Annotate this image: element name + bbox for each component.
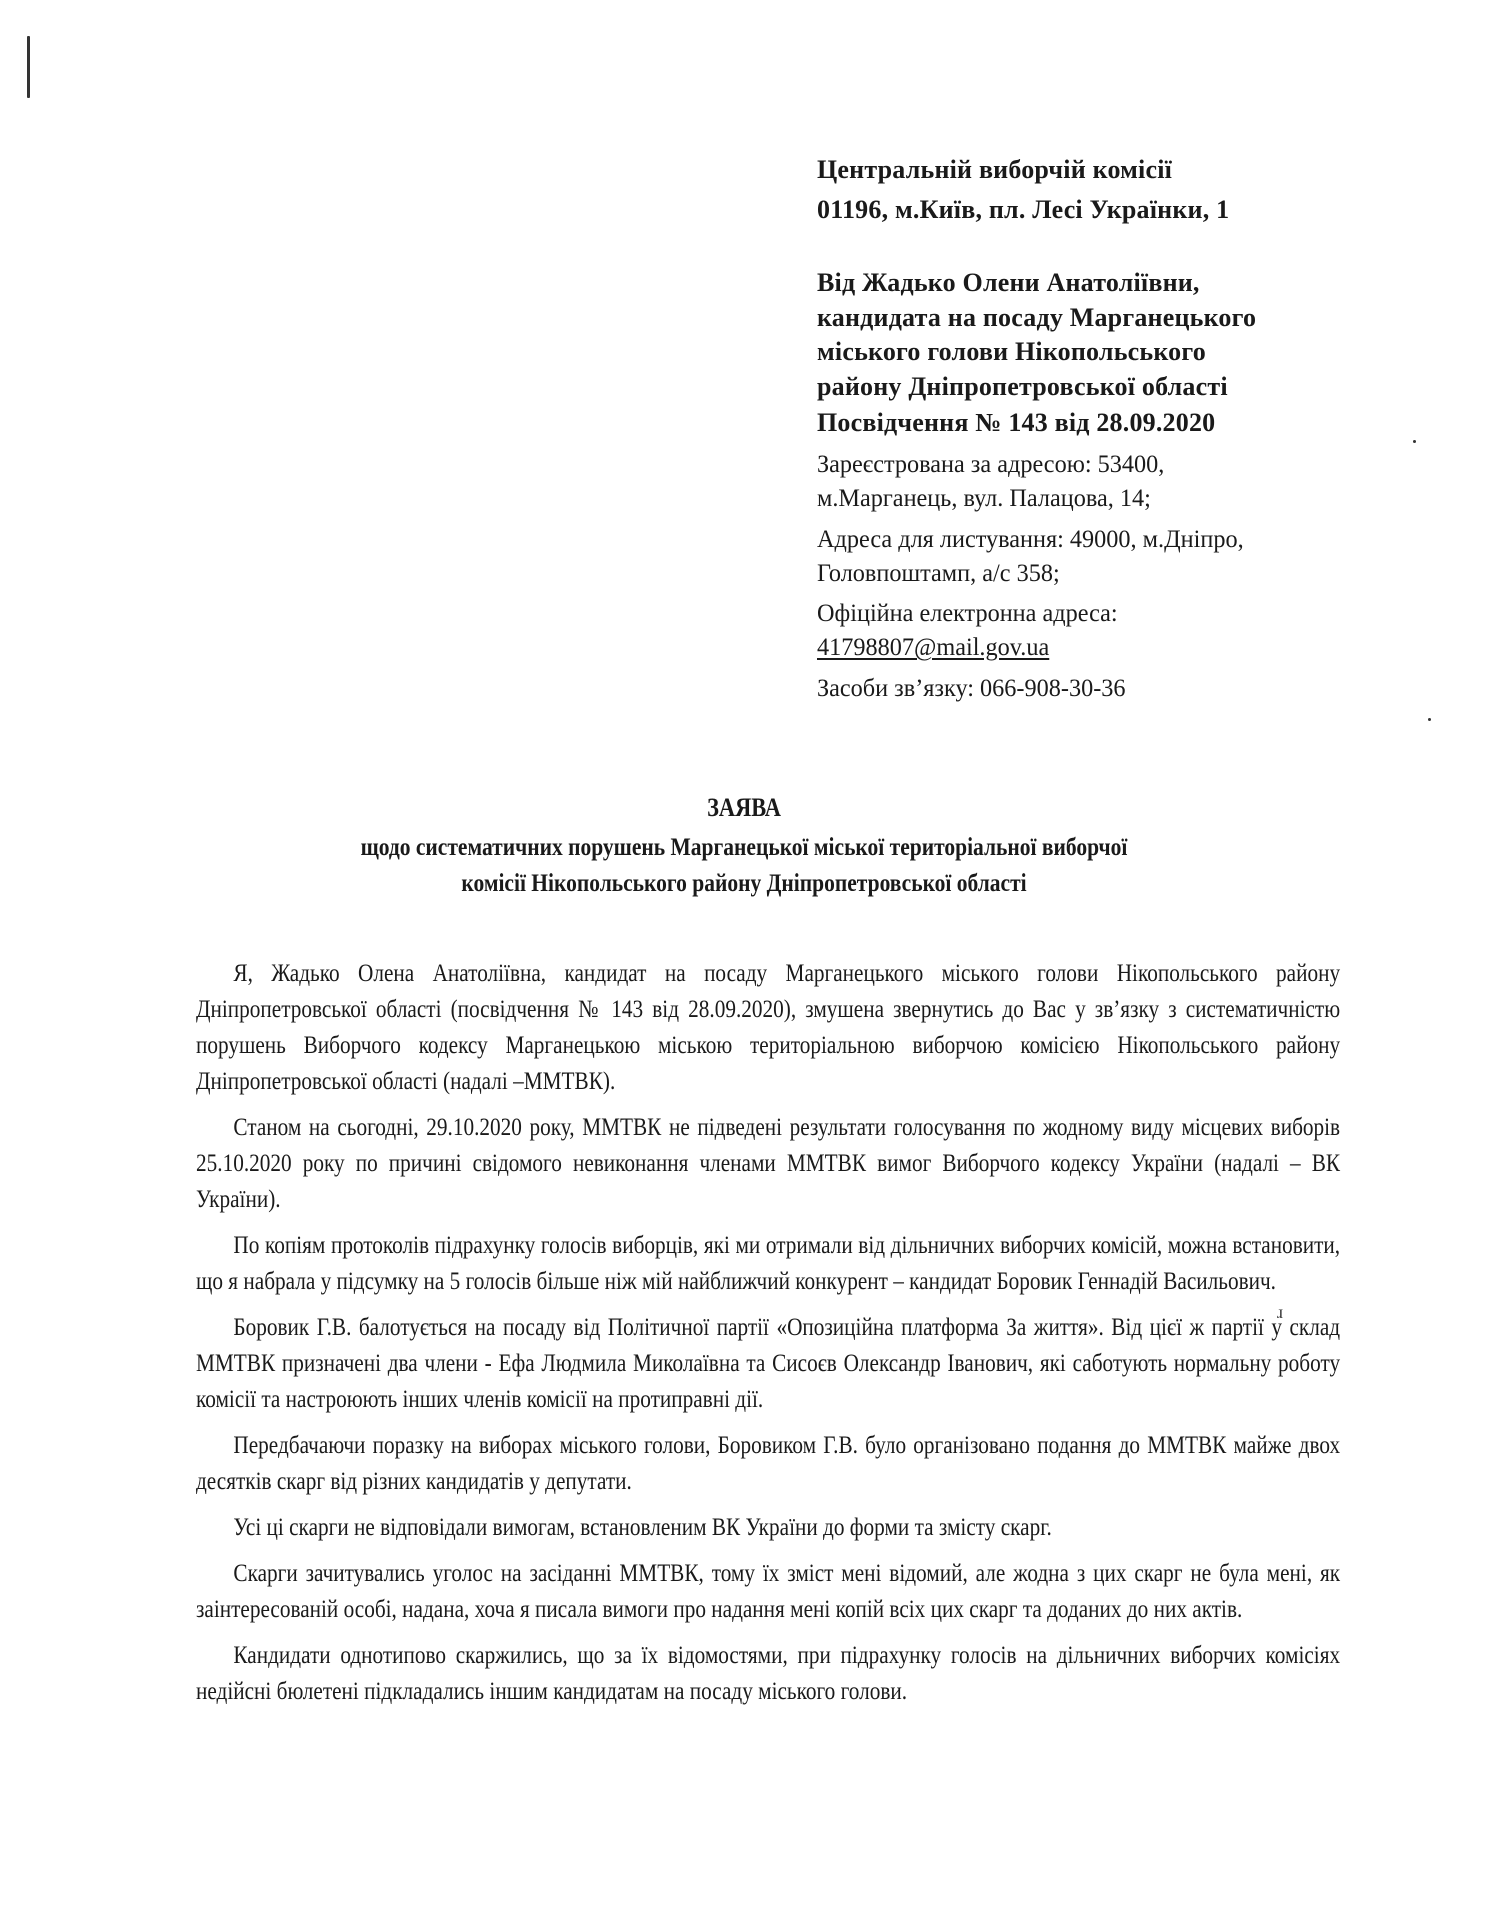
document-subtitle-2: комісії Нікопольського району Дніпропетр… [104, 868, 1384, 900]
recipient-address: 01196, м.Київ, пл. Лесі Українки, 1 [817, 195, 1229, 225]
mailing-address-1: Адреса для листування: 49000, м.Дніпро, [817, 525, 1244, 555]
sender-certificate: Посвідчення № 143 від 28.09.2020 [817, 408, 1215, 438]
margin-pen-mark [27, 36, 30, 98]
scan-speck [1428, 718, 1431, 721]
registered-address-2: м.Марганець, вул. Палацова, 14; [817, 484, 1151, 514]
paragraph: Боровик Г.В. балотується на посаду від П… [196, 1310, 1340, 1418]
email-link[interactable]: 41798807@mail.gov.ua [817, 633, 1049, 663]
paragraph: Скарги зачитувались уголос на засіданні … [196, 1556, 1340, 1628]
paragraph: Я, Жадько Олена Анатоліївна, кандидат на… [196, 956, 1340, 1100]
scan-speck [1413, 440, 1416, 443]
paragraph: По копіям протоколів підрахунку голосів … [196, 1228, 1340, 1300]
contact-phone: Засоби зв’язку: 066-908-30-36 [817, 674, 1126, 704]
registered-address-1: Зареєстрована за адресою: 53400, [817, 450, 1164, 480]
document-title: ЗАЯВА [104, 792, 1384, 824]
paragraph: Передбачаючи поразку на виборах міського… [196, 1428, 1340, 1500]
recipient-name: Центральній виборчій комісії [817, 155, 1172, 185]
email-label: Офіційна електронна адреса: [817, 599, 1118, 629]
document-subtitle-1: щодо систематичних порушень Марганецької… [104, 832, 1384, 864]
document-body: Я, Жадько Олена Анатоліївна, кандидат на… [196, 956, 1340, 1720]
paragraph: Усі ці скарги не відповідали вимогам, вс… [196, 1510, 1340, 1546]
mailing-address-2: Головпоштамп, а/с 358; [817, 559, 1060, 589]
sender-from: Від Жадько Олени Анатоліївни, [817, 268, 1200, 298]
sender-title-1: кандидата на посаду Марганецького [817, 303, 1256, 333]
paragraph: Кандидати однотипово скаржились, що за ї… [196, 1638, 1340, 1710]
paragraph: Станом на сьогодні, 29.10.2020 року, ММТ… [196, 1110, 1340, 1218]
handwritten-mark: ɹ [1277, 1302, 1283, 1323]
sender-title-2: міського голови Нікопольського [817, 337, 1206, 367]
sender-title-3: району Дніпропетровської області [817, 372, 1228, 402]
